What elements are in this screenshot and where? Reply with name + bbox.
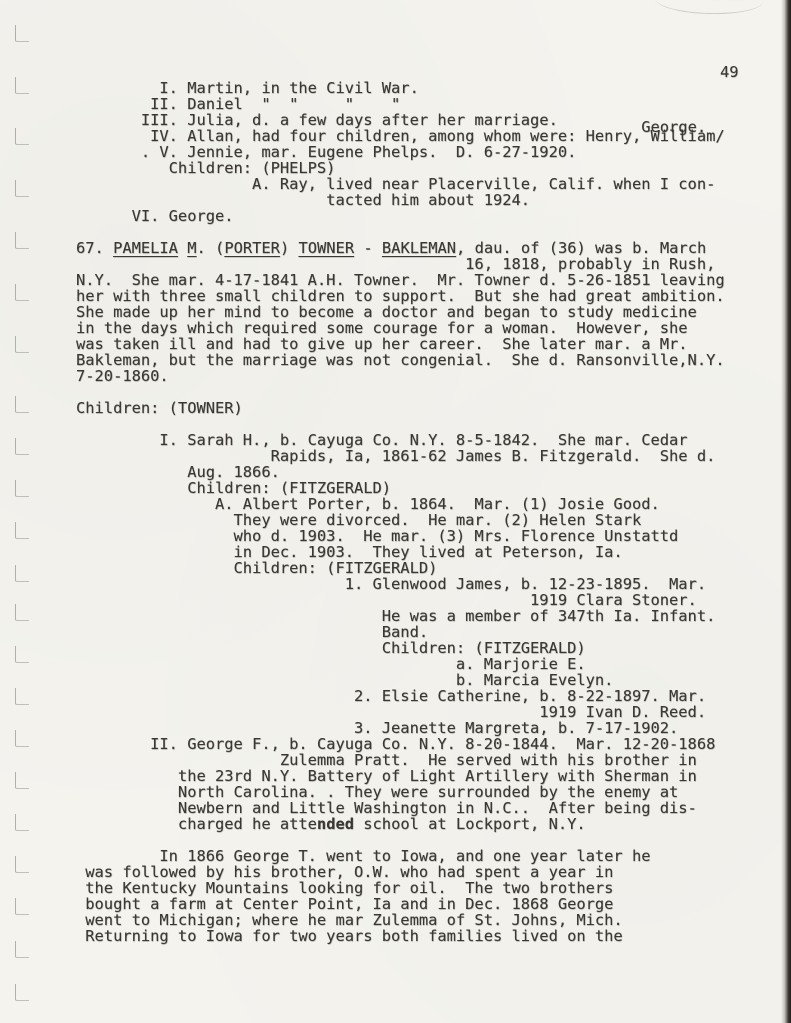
binder-mark xyxy=(15,941,29,958)
text-line: Bakleman, but the marriage was not conge… xyxy=(76,352,725,368)
text-line: Zulemma Pratt. He served with his brothe… xyxy=(76,752,725,768)
binder-mark xyxy=(15,565,29,582)
text-line: He was a member of 347th Ia. Infant. xyxy=(76,608,725,624)
text-line: IV. Allan, had four children, among whom… xyxy=(76,128,725,144)
text-line: the Kentucky Mountains looking for oil. … xyxy=(76,880,725,896)
text-line: Returning to Iowa for two years both fam… xyxy=(76,928,725,944)
text-line: went to Michigan; where he mar Zulemma o… xyxy=(76,912,725,928)
text-line xyxy=(76,224,725,240)
text-line: 1. Glenwood James, b. 12-23-1895. Mar. xyxy=(76,576,725,592)
binder-mark xyxy=(15,438,29,455)
text-line: bought a farm at Center Point, Ia and in… xyxy=(76,896,725,912)
text-line: 1919 Clara Stoner. xyxy=(76,592,725,608)
binder-mark xyxy=(15,284,29,301)
text-line: They were divorced. He mar. (2) Helen St… xyxy=(76,512,725,528)
text-line: A. Ray, lived near Placerville, Calif. w… xyxy=(76,176,725,192)
binder-mark xyxy=(15,396,29,413)
binder-mark xyxy=(15,180,29,197)
text-line: 16, 1818, probably in Rush, xyxy=(76,256,725,272)
binder-mark xyxy=(15,856,29,873)
text-line: Rapids, Ia, 1861-62 James B. Fitzgerald.… xyxy=(76,448,725,464)
binder-mark xyxy=(15,604,29,621)
text-line: 67. PAMELIA M. (PORTER) TOWNER - BAKLEMA… xyxy=(76,240,725,256)
text-line: 3. Jeanette Margreta, b. 7-17-1902. xyxy=(76,720,725,736)
text-line: I. Sarah H., b. Cayuga Co. N.Y. 8-5-1842… xyxy=(76,432,725,448)
text-line: VI. George. xyxy=(76,208,725,224)
text-line: North Carolina. . They were surrounded b… xyxy=(76,784,725,800)
binder-mark xyxy=(15,522,29,539)
text-line: N.Y. She mar. 4-17-1841 A.H. Towner. Mr.… xyxy=(76,272,725,288)
text-line: the 23rd N.Y. Battery of Light Artillery… xyxy=(76,768,725,784)
text-line: Children: (FITZGERALD) xyxy=(76,640,725,656)
binder-mark xyxy=(15,232,29,249)
binder-mark xyxy=(15,128,29,145)
text-line: in Dec. 1903. They lived at Peterson, Ia… xyxy=(76,544,725,560)
text-line: charged he attended school at Lockport, … xyxy=(76,816,725,832)
binder-mark xyxy=(15,730,29,747)
text-line: Aug. 1866. xyxy=(76,464,725,480)
text-line: A. Albert Porter, b. 1864. Mar. (1) Josi… xyxy=(76,496,725,512)
text-line: Children: (TOWNER) xyxy=(76,400,725,416)
binder-mark xyxy=(15,646,29,663)
text-line: 1919 Ivan D. Reed. xyxy=(76,704,725,720)
text-line: in the days which required some courage … xyxy=(76,320,725,336)
text-line: who d. 1903. He mar. (3) Mrs. Florence U… xyxy=(76,528,725,544)
binder-mark xyxy=(15,77,29,94)
text-line: Children: (FITZGERALD) xyxy=(76,480,725,496)
page-edge-shadow xyxy=(781,0,791,1023)
binder-mark xyxy=(15,898,29,915)
binder-mark xyxy=(15,814,29,831)
text-line: In 1866 George T. went to Iowa, and one … xyxy=(76,848,725,864)
text-line: tacted him about 1924. xyxy=(76,192,725,208)
binder-mark xyxy=(15,688,29,705)
binder-mark xyxy=(15,772,29,789)
text-line: 7-20-1860. xyxy=(76,368,725,384)
text-line: b. Marcia Evelyn. xyxy=(76,672,725,688)
text-line: III. Julia, d. a few days after her marr… xyxy=(76,112,725,128)
text-line: was followed by his brother, O.W. who ha… xyxy=(76,864,725,880)
text-line: her with three small children to support… xyxy=(76,288,725,304)
page-number: 49 xyxy=(720,64,739,80)
text-line: II. George F., b. Cayuga Co. N.Y. 8-20-1… xyxy=(76,736,725,752)
text-line: Children: (PHELPS) xyxy=(76,160,725,176)
text-line: Band. xyxy=(76,624,725,640)
text-line xyxy=(76,832,725,848)
text-line: 2. Elsie Catherine, b. 8-22-1897. Mar. xyxy=(76,688,725,704)
text-line xyxy=(76,416,725,432)
text-line: a. Marjorie E. xyxy=(76,656,725,672)
binder-mark xyxy=(15,25,29,42)
text-line: Children: (FITZGERALD) xyxy=(76,560,725,576)
binder-mark xyxy=(15,336,29,353)
text-line: Newbern and Little Washington in N.C.. A… xyxy=(76,800,725,816)
binder-mark xyxy=(15,984,29,1001)
typewritten-text: I. Martin, in the Civil War. II. Daniel … xyxy=(76,80,725,944)
binder-mark xyxy=(15,480,29,497)
scan-crease-artifact xyxy=(655,0,763,15)
text-line xyxy=(76,384,725,400)
scanned-document-page: 49 I. Martin, in the Civil War. II. Dani… xyxy=(0,0,791,1023)
text-line: She made up her mind to become a doctor … xyxy=(76,304,725,320)
text-line: was taken ill and had to give up her car… xyxy=(76,336,725,352)
text-line: . V. Jennie, mar. Eugene Phelps. D. 6-27… xyxy=(76,144,725,160)
text-line: II. Daniel " " " " xyxy=(76,96,725,112)
text-line: I. Martin, in the Civil War. xyxy=(76,80,725,96)
